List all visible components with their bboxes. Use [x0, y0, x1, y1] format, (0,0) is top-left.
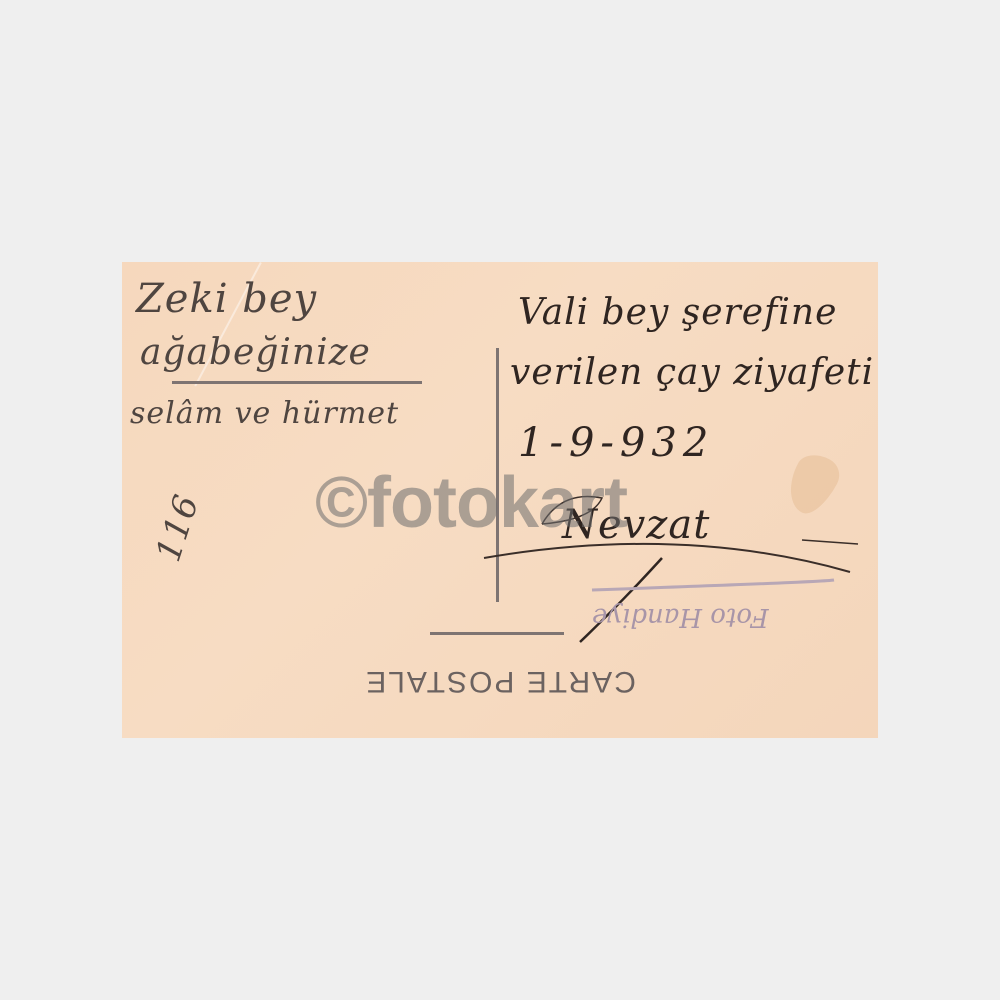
postcard-back: Zeki bey ağabeğinize selâm ve hürmet 116…	[122, 262, 878, 738]
photographer-stamp: Foto Handiye	[592, 602, 769, 632]
carte-postale-label: CARTE POSTALE	[340, 664, 660, 698]
